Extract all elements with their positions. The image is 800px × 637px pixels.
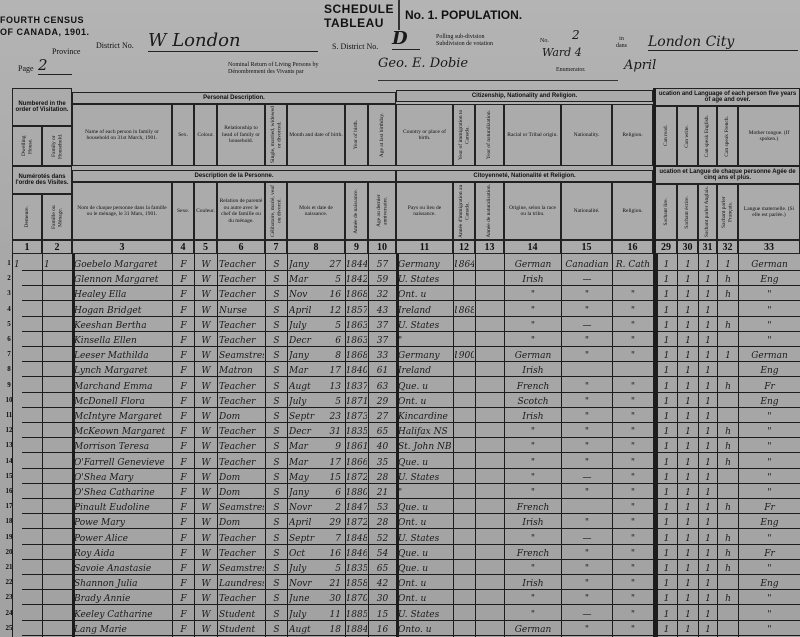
- cell-rel: Student: [219, 606, 264, 621]
- cell-write: 1: [679, 347, 697, 362]
- col-number-9: 9: [345, 240, 368, 254]
- column-rule: [72, 254, 75, 637]
- cell-imm: [455, 621, 474, 636]
- cell-fam: [44, 621, 71, 636]
- cell-sex: F: [174, 530, 193, 545]
- cell-natl: ": [563, 484, 611, 499]
- cell-orig: ": [506, 530, 560, 545]
- birth-day: 8: [335, 351, 344, 361]
- cell-tongue: Eng: [740, 362, 799, 377]
- column-rule: [612, 254, 613, 637]
- cell-natl: ": [563, 545, 611, 560]
- cell-ms: S: [267, 347, 286, 362]
- cell-birth: Kincardine: [398, 408, 452, 423]
- cell-sex: F: [174, 332, 193, 347]
- cell-nat: [477, 302, 503, 317]
- cell-natl: ": [563, 454, 611, 469]
- cell-read: 1: [657, 484, 676, 499]
- cell-write: 1: [679, 423, 697, 438]
- group-citizenship-en: Citizenship, Nationality and Religion.: [396, 90, 653, 102]
- cell-dw: [14, 484, 41, 499]
- cell-fam: [44, 530, 71, 545]
- cell-tongue: ": [740, 530, 799, 545]
- cell-sex: F: [174, 575, 193, 590]
- cell-birth: St. John NB: [398, 438, 452, 453]
- cell-tongue: Eng: [740, 575, 799, 590]
- cell-rel: Student: [219, 621, 264, 636]
- cell-fam: [44, 271, 71, 286]
- cell-imm: [455, 499, 474, 514]
- cell-write: 1: [679, 530, 697, 545]
- col-header-fr-1-text: Demeure.: [24, 206, 31, 228]
- cell-rel2: R. Cath: [614, 256, 652, 271]
- group-personal-en: Personal Description.: [72, 92, 396, 104]
- cell-birth: U. States: [398, 271, 452, 286]
- col-header-fr-29: Sachant lire.: [655, 184, 677, 240]
- col-number-1: 1: [12, 240, 42, 254]
- col-header-en-11-text: Country or place of birth.: [398, 129, 451, 142]
- cell-age: 59: [370, 271, 395, 286]
- cell-fam: [44, 545, 71, 560]
- cell-read: 1: [657, 560, 676, 575]
- birth-day: 5: [335, 321, 344, 331]
- cell-write: 1: [679, 514, 697, 529]
- birth-month: Novr: [289, 503, 312, 513]
- col-header-fr-1: Demeure.: [12, 194, 42, 240]
- cell-fam: [44, 408, 71, 423]
- cell-rel: Teacher: [219, 332, 264, 347]
- cell-orig: German: [506, 621, 560, 636]
- cell-orig: French: [506, 545, 560, 560]
- cell-age: 21: [370, 484, 395, 499]
- cell-rel: Dom: [219, 514, 264, 529]
- col-number-3: 3: [72, 240, 172, 254]
- cell-read: 1: [657, 454, 676, 469]
- cell-natl: ": [563, 423, 611, 438]
- census-title: FOURTH CENSUS OF CANADA, 1901.: [0, 14, 90, 38]
- cell-dw: [14, 590, 41, 605]
- cell-orig: ": [506, 423, 560, 438]
- column-rule: [396, 254, 399, 637]
- cell-fr: [719, 332, 737, 347]
- cell-birth: Ont. u: [398, 575, 452, 590]
- birth-day: 7: [335, 534, 344, 544]
- cell-rel: Teacher: [219, 317, 264, 332]
- cell-rel2: ": [614, 317, 652, 332]
- cell-read: 1: [657, 530, 676, 545]
- birth-day: 18: [330, 625, 344, 635]
- cell-fr: [719, 484, 737, 499]
- cell-year: 1835: [347, 560, 367, 575]
- cell-rel: Teacher: [219, 438, 264, 453]
- cell-sex: F: [174, 393, 193, 408]
- cell-nat: [477, 423, 503, 438]
- header-divider: [398, 0, 400, 30]
- cell-eng: 1: [700, 484, 716, 499]
- cell-month: July5: [289, 393, 344, 408]
- cell-orig: ": [506, 438, 560, 453]
- column-rule: [475, 254, 476, 637]
- cell-fr: 1: [719, 347, 737, 362]
- cell-rel2: ": [614, 606, 652, 621]
- cell-nat: [477, 530, 503, 545]
- cell-month: July11: [289, 606, 344, 621]
- cell-name: Powe Mary: [74, 514, 171, 529]
- date-value: April: [624, 58, 656, 73]
- census-title-line2: OF CANADA, 1901.: [0, 26, 90, 38]
- table-row: 2Glennon MargaretFWTeacherSMar5184259U. …: [0, 271, 800, 286]
- in-label: in dans: [616, 36, 627, 50]
- cell-month: Oct16: [289, 545, 344, 560]
- cell-fam: [44, 575, 71, 590]
- cell-tongue: ": [740, 469, 799, 484]
- cell-imm: 1868: [455, 302, 474, 317]
- cell-age: 42: [370, 575, 395, 590]
- cell-birth: Ont. u: [398, 393, 452, 408]
- cell-write: 1: [679, 286, 697, 301]
- cell-rel: Dom: [219, 408, 264, 423]
- cell-natl: —: [563, 317, 611, 332]
- cell-col: W: [196, 393, 216, 408]
- cell-age: 16: [370, 621, 395, 636]
- birth-day: 2: [335, 503, 344, 513]
- col-header-fr-4: Sexe.: [172, 182, 194, 240]
- cell-age: 32: [370, 286, 395, 301]
- cell-nat: [477, 378, 503, 393]
- cell-name: Marchand Emma: [74, 378, 171, 393]
- col-header-en-31: Can speak English.: [698, 106, 717, 166]
- cell-fr: h: [719, 560, 737, 575]
- cell-col: W: [196, 347, 216, 362]
- cell-name: Morrison Teresa: [74, 438, 171, 453]
- birth-day: 6: [335, 336, 344, 346]
- column-rule: [42, 254, 43, 637]
- birth-month: Nov: [289, 290, 307, 300]
- col-header-en-9: Year of birth.: [345, 104, 368, 166]
- birth-day: 13: [330, 382, 344, 392]
- cell-write: 1: [679, 606, 697, 621]
- birth-day: 15: [330, 473, 344, 483]
- cell-year: 1848: [347, 530, 367, 545]
- table-row: 21Savoie AnastasieFWSeamstressSJuly51835…: [0, 560, 800, 575]
- col-header-fr-7-text: Célibataire, marié, veuf ou divorcé.: [270, 184, 283, 238]
- cell-nat: [477, 286, 503, 301]
- col-header-fr-11-text: Pays ou lieu de naissance.: [398, 205, 451, 218]
- cell-rel: Nurse: [219, 302, 264, 317]
- col-header-fr-33: Langue maternelle. (Si elle est parlée.): [738, 184, 800, 240]
- cell-nat: [477, 362, 503, 377]
- cell-sex: F: [174, 454, 193, 469]
- cell-year: 1868: [347, 286, 367, 301]
- cell-dw: [14, 423, 41, 438]
- cell-rel: Matron: [219, 362, 264, 377]
- table-row: 111Goebelo MargaretFWTeacherSJany2718445…: [0, 256, 800, 271]
- cell-fam: [44, 499, 71, 514]
- cell-tongue: German: [740, 256, 799, 271]
- cell-fam: [44, 454, 71, 469]
- cell-month: Augt18: [289, 621, 344, 636]
- cell-rel2: ": [614, 332, 652, 347]
- cell-age: 61: [370, 362, 395, 377]
- cell-age: 65: [370, 423, 395, 438]
- cell-birth: Ireland: [398, 362, 452, 377]
- cell-natl: ": [563, 590, 611, 605]
- col-header-en-9-text: Year of birth.: [353, 120, 360, 149]
- cell-tongue: Fr: [740, 499, 799, 514]
- cell-fam: [44, 423, 71, 438]
- birth-day: 5: [335, 564, 344, 574]
- cell-rel: Teacher: [219, 530, 264, 545]
- col-header-en-13: Year of naturalization.: [475, 104, 504, 166]
- cell-sex: F: [174, 302, 193, 317]
- cell-imm: [455, 590, 474, 605]
- cell-imm: [455, 530, 474, 545]
- column-rule: [287, 254, 288, 637]
- cell-tongue: Fr: [740, 378, 799, 393]
- cell-ms: S: [267, 454, 286, 469]
- cell-sex: F: [174, 362, 193, 377]
- polling-label-fr: Subdivision de votation: [436, 41, 493, 48]
- cell-sex: F: [174, 514, 193, 529]
- cell-read: 1: [657, 575, 676, 590]
- col-header-en-32: Can speak French.: [717, 106, 738, 166]
- cell-rel: Teacher: [219, 423, 264, 438]
- col-header-en-4-text: Sex.: [178, 132, 188, 139]
- cell-rel2: ": [614, 438, 652, 453]
- cell-orig: Irish: [506, 362, 560, 377]
- cell-age: 35: [370, 454, 395, 469]
- cell-ms: S: [267, 560, 286, 575]
- cell-month: July5: [289, 317, 344, 332]
- cell-year: 1837: [347, 378, 367, 393]
- table-row: 10McDonell FloraFWTeacherSJuly5187129Ont…: [0, 393, 800, 408]
- cell-col: W: [196, 514, 216, 529]
- cell-sex: F: [174, 499, 193, 514]
- cell-rel: Seamstress: [219, 560, 264, 575]
- cell-tongue: Eng: [740, 514, 799, 529]
- nominal-return-label: Nominal Return of Living Persons by Déno…: [228, 62, 319, 76]
- cell-nat: [477, 560, 503, 575]
- cell-col: W: [196, 530, 216, 545]
- cell-rel: Laundress: [219, 575, 264, 590]
- col-number-30: 30: [677, 240, 698, 254]
- col-header-fr-4-text: Sexe.: [177, 208, 189, 215]
- census-page: FOURTH CENSUS OF CANADA, 1901. SCHEDULE …: [0, 0, 800, 637]
- cell-year: 1842: [347, 271, 367, 286]
- cell-dw: [14, 545, 41, 560]
- cell-month: April12: [289, 302, 344, 317]
- cell-birth: Germany: [398, 256, 452, 271]
- cell-imm: [455, 484, 474, 499]
- birth-day: 27: [330, 260, 344, 270]
- cell-fam: [44, 469, 71, 484]
- birth-month: Jany: [289, 488, 309, 498]
- col-header-en-14-text: Racial or Tribal origin.: [507, 132, 557, 139]
- cell-nat: [477, 484, 503, 499]
- cell-name: McDonell Flora: [74, 393, 171, 408]
- col-number-14: 14: [504, 240, 561, 254]
- cell-month: Mar17: [289, 362, 344, 377]
- col-header-en-30-text: Can write.: [684, 125, 691, 148]
- birth-month: July: [289, 397, 306, 407]
- cell-sex: F: [174, 621, 193, 636]
- col-number-33: 33: [738, 240, 800, 254]
- cell-name: McKeown Margaret: [74, 423, 171, 438]
- cell-orig: ": [506, 590, 560, 605]
- birth-month: Decr: [289, 427, 311, 437]
- birth-month: July: [289, 610, 306, 620]
- cell-rel2: ": [614, 469, 652, 484]
- cell-fam: [44, 438, 71, 453]
- cell-month: April29: [289, 514, 344, 529]
- cell-read: 1: [657, 499, 676, 514]
- table-row: 16O'Shea CatharineFWDomSJany6188021""""1…: [0, 484, 800, 499]
- col-header-fr-10: Age au dernier anniversaire.: [368, 182, 396, 240]
- cell-rel: Dom: [219, 469, 264, 484]
- cell-nat: [477, 606, 503, 621]
- cell-sex: F: [174, 271, 193, 286]
- page-label: Page: [18, 64, 34, 73]
- col-header-fr-29-text: Sachant lire.: [663, 198, 670, 226]
- in-label-en: in: [616, 36, 627, 43]
- cell-ms: S: [267, 545, 286, 560]
- cell-natl: ": [563, 514, 611, 529]
- col-header-fr-3: Nom de chaque personne dans la famille o…: [72, 182, 172, 240]
- cell-eng: 1: [700, 317, 716, 332]
- birth-day: 5: [335, 397, 344, 407]
- col-header-fr-11: Pays ou lieu de naissance.: [396, 182, 453, 240]
- cell-read: 1: [657, 545, 676, 560]
- cell-tongue: ": [740, 606, 799, 621]
- cell-fr: h: [719, 530, 737, 545]
- table-row: 7Leeser MathildaFWSeamstressSJany8186833…: [0, 347, 800, 362]
- cell-imm: [455, 469, 474, 484]
- col-number-31: 31: [698, 240, 717, 254]
- cell-year: 1872: [347, 469, 367, 484]
- cell-orig: ": [506, 302, 560, 317]
- col-header-en-15-text: Nationality.: [574, 132, 600, 139]
- col-header-fr-12-text: Année d'immigration au Canada.: [458, 184, 471, 238]
- cell-natl: ": [563, 575, 611, 590]
- cell-age: 54: [370, 545, 395, 560]
- cell-fr: h: [719, 499, 737, 514]
- cell-month: July5: [289, 560, 344, 575]
- group-citizenship-en-text: Citizenship, Nationality and Religion.: [472, 93, 577, 100]
- column-rule: [738, 254, 739, 637]
- cell-tongue: ": [740, 332, 799, 347]
- cell-sex: F: [174, 545, 193, 560]
- group-education-fr: ucation et Langue de chaque personne Agé…: [655, 166, 800, 184]
- cell-imm: [455, 286, 474, 301]
- cell-natl: ": [563, 332, 611, 347]
- cell-ms: S: [267, 606, 286, 621]
- cell-orig: French: [506, 378, 560, 393]
- table-row: 25Lang MarieFWStudentSAugt18188416Onto. …: [0, 621, 800, 636]
- cell-eng: 1: [700, 590, 716, 605]
- cell-eng: 1: [700, 469, 716, 484]
- col-header-fr-31-text: Sachant parler Anglais.: [704, 186, 711, 237]
- col-header-fr-15: Nationalité.: [561, 182, 612, 240]
- cell-month: Jany8: [289, 347, 344, 362]
- cell-col: W: [196, 606, 216, 621]
- birth-month: Novr: [289, 579, 312, 589]
- cell-rel2: ": [614, 378, 652, 393]
- cell-month: Novr21: [289, 575, 344, 590]
- col-header-en-11: Country or place of birth.: [396, 104, 453, 166]
- cell-dw: [14, 286, 41, 301]
- cell-fr: [719, 606, 737, 621]
- cell-name: Keeshan Bertha: [74, 317, 171, 332]
- birth-day: 16: [330, 290, 344, 300]
- birth-month: May: [289, 473, 309, 483]
- col-header-en-31-text: Can speak English.: [704, 115, 711, 157]
- cell-fam: [44, 286, 71, 301]
- cell-col: W: [196, 590, 216, 605]
- cell-natl: ": [563, 438, 611, 453]
- cell-orig: ": [506, 469, 560, 484]
- cell-ms: S: [267, 423, 286, 438]
- column-rule: [345, 254, 346, 637]
- cell-dw: [14, 378, 41, 393]
- cell-fam: [44, 606, 71, 621]
- col-header-fr-12: Année d'immigration au Canada.: [453, 182, 475, 240]
- cell-write: 1: [679, 621, 697, 636]
- cell-sex: F: [174, 408, 193, 423]
- ward-value: Ward 4: [542, 46, 582, 59]
- cell-ms: S: [267, 362, 286, 377]
- group-education-en-text: ucation and Language of each person five…: [657, 91, 798, 104]
- cell-ms: S: [267, 438, 286, 453]
- cell-imm: [455, 514, 474, 529]
- col-header-fr-2-text: Famille ou Ménage.: [51, 196, 64, 238]
- cell-eng: 1: [700, 271, 716, 286]
- cell-write: 1: [679, 438, 697, 453]
- col-header-en-6-text: Relationship to head of family or househ…: [219, 125, 263, 145]
- col-header-fr-14-text: Origine, selon la race ou la tribu.: [506, 205, 559, 218]
- col-header-fr-8: Mois et date de naissance.: [287, 182, 345, 240]
- birth-month: Decr: [289, 336, 311, 346]
- group-personal-fr-text: Description de la Personne.: [194, 173, 273, 180]
- polling-no-label: No.: [540, 38, 549, 45]
- col-header-fr-9-text: Année de naissance.: [353, 189, 360, 234]
- cell-tongue: ": [740, 408, 799, 423]
- cell-read: 1: [657, 408, 676, 423]
- cell-name: Power Alice: [74, 530, 171, 545]
- cell-rel2: ": [614, 621, 652, 636]
- cell-write: 1: [679, 499, 697, 514]
- col-header-fr-30: Sachant écrire.: [677, 184, 698, 240]
- cell-sex: F: [174, 317, 193, 332]
- column-rule: [698, 254, 699, 637]
- col-header-en-29-text: Can read.: [663, 125, 670, 146]
- cell-sex: F: [174, 560, 193, 575]
- col-header-fr-10-text: Age au dernier anniversaire.: [376, 184, 389, 238]
- cell-name: Keeley Catharine: [74, 606, 171, 621]
- cell-year: 1835: [347, 423, 367, 438]
- cell-month: May15: [289, 469, 344, 484]
- birth-day: 30: [330, 594, 344, 604]
- cell-year: 1858: [347, 575, 367, 590]
- table-row: 11McIntyre MargaretFWDomSSeptr23187327Ki…: [0, 408, 800, 423]
- cell-fr: h: [719, 590, 737, 605]
- col-header-en-32-text: Can speak French.: [724, 116, 731, 157]
- cell-read: 1: [657, 362, 676, 377]
- col-number-12: 12: [453, 240, 475, 254]
- col-header-fr-33-text: Langue maternelle. (Si elle est parlée.): [740, 206, 798, 219]
- cell-sex: F: [174, 606, 193, 621]
- cell-sex: F: [174, 469, 193, 484]
- nominal-return-en: Nominal Return of Living Persons by: [228, 62, 319, 69]
